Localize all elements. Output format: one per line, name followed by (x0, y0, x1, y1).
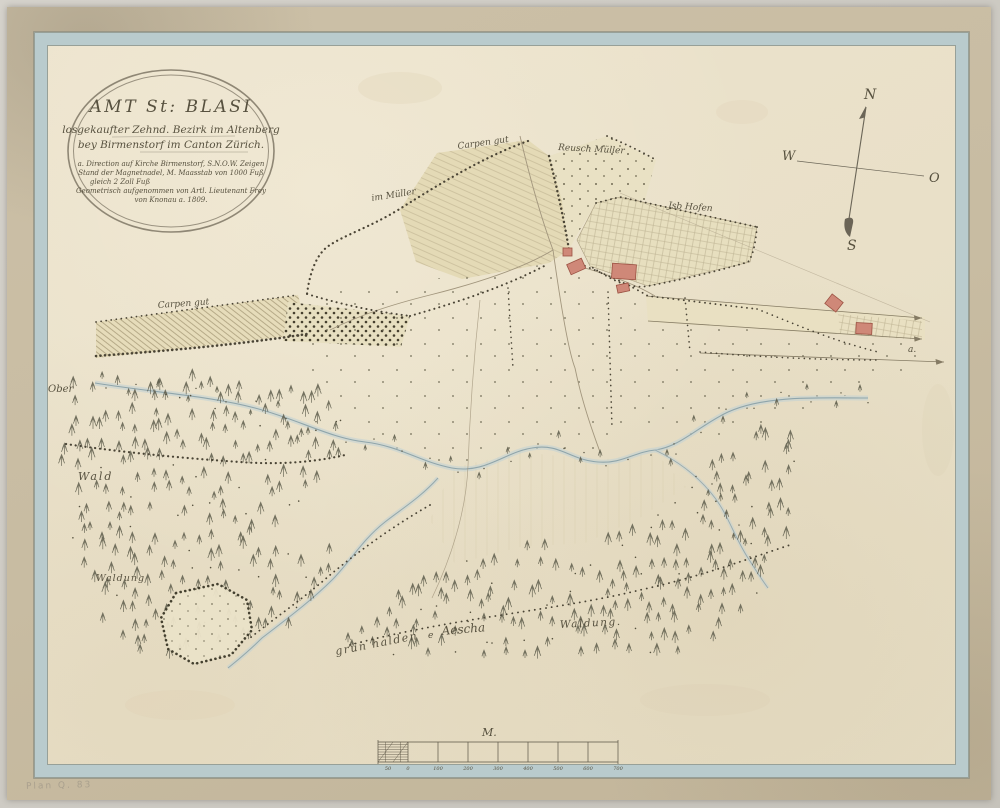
stream-right-wash (655, 450, 768, 588)
boundary-12 (66, 444, 345, 463)
building-1 (563, 248, 572, 256)
cartouche-title: AMT St: BLASI (88, 97, 253, 117)
scale-ticks: 50 0 100 200 300 400 500 600 700 (385, 766, 624, 772)
meadow-right (642, 322, 938, 446)
cartouche-note4: Geometrisch aufgenommen von Artl. Lieute… (76, 187, 267, 195)
label-gruenhalden: grün halden (334, 629, 419, 658)
compass-east-label: O (929, 171, 940, 186)
label-wald: Wald (78, 470, 113, 483)
compass-north-arrowhead (859, 106, 866, 119)
arrowhead-3 (936, 359, 945, 365)
scale-talon-lines (378, 745, 408, 760)
compass-we-line (797, 161, 924, 176)
cartouche-note1: a. Direction auf Kirche Birmenstorf, S.N… (78, 160, 265, 168)
cartouche-note2: Stand der Magnetnadel, M. Maasstab von 1… (78, 169, 264, 177)
scale-tick: 300 (493, 766, 503, 772)
scale-tick: 0 (406, 766, 410, 772)
compass-north-label: N (863, 87, 877, 103)
compass-ns-line (847, 107, 866, 232)
map-scan: AMT St: BLASI losgekaufter Zehnd. Bezirk… (0, 0, 1000, 808)
building-3 (611, 263, 636, 280)
label-waldung-left: Waldung (96, 573, 145, 584)
cartouche: AMT St: BLASI losgekaufter Zehnd. Bezirk… (62, 70, 280, 232)
scale-tick: 600 (583, 766, 593, 772)
scale-tick: 700 (613, 766, 623, 772)
scale-label: M. (481, 726, 497, 739)
scale-tick: 100 (433, 766, 443, 772)
map-canvas: AMT St: BLASI losgekaufter Zehnd. Bezirk… (0, 0, 1000, 808)
parcel-top-center-hatch (400, 140, 569, 279)
scale-tick: 200 (462, 766, 473, 772)
building-6 (856, 323, 873, 335)
parcel-bottom-left (161, 584, 252, 664)
label-waldung-bottom: Waldung. (560, 616, 622, 631)
cartouche-subtitle1: losgekaufter Zehnd. Bezirk im Altenberg (62, 124, 280, 136)
compass-west-label: W (782, 149, 797, 164)
cartouche-note3: gleich 2 Zoll Fuß (90, 178, 151, 186)
label-ober: Ober (48, 384, 75, 395)
scale-majors (408, 742, 588, 762)
label-aescha: Aescha (440, 620, 486, 638)
compass-south-tassel (844, 218, 853, 237)
scale-tick: 500 (553, 766, 563, 772)
label-aescha-mark: e (428, 631, 433, 641)
scale-bar: M. 50 0 100 200 300 400 500 600 700 (378, 726, 624, 772)
cartouche-oval-outer (68, 70, 274, 232)
cartouche-subtitle2: bey Birmenstorf im Canton Zürich. (78, 139, 264, 151)
stream-right (655, 450, 768, 588)
scale-tick: 50 (385, 766, 392, 772)
label-a-mark: a. (908, 345, 916, 355)
compass-south-label: S (847, 238, 857, 254)
compass-rose: N W O S (782, 87, 940, 254)
scale-tick: 400 (522, 766, 533, 772)
cartouche-note5: von Knonau a. 1809. (135, 196, 208, 204)
building-5 (825, 294, 843, 312)
archive-pencil-note: Plan Q. 83 (26, 780, 93, 792)
